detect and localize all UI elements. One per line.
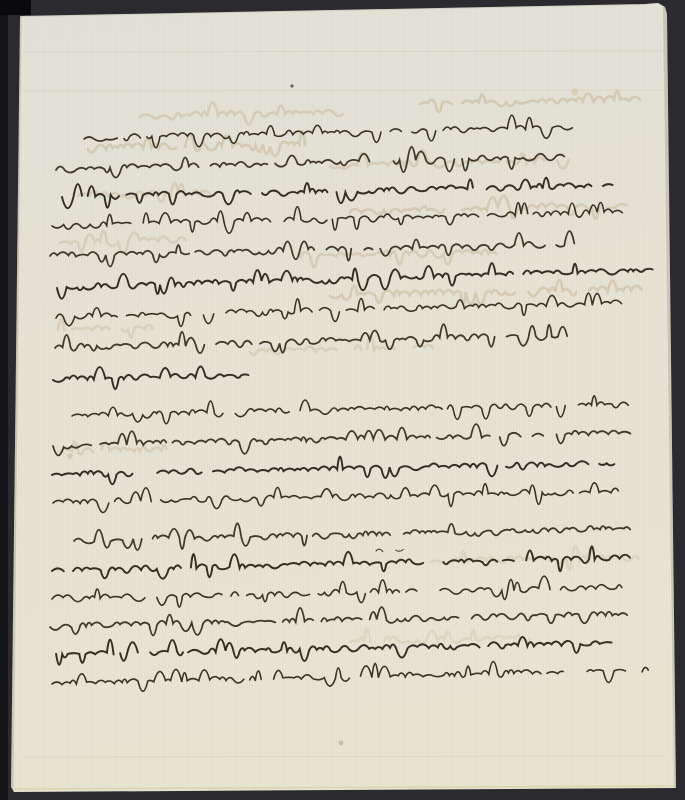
scan-background: Nun seyn Sie mir bald herzlich willkomme… bbox=[0, 0, 685, 800]
scanner-edge-strip bbox=[0, 0, 8, 800]
letter-paper bbox=[0, 0, 685, 800]
handwriting-svg bbox=[0, 0, 685, 800]
black-corner-tab bbox=[0, 0, 31, 15]
